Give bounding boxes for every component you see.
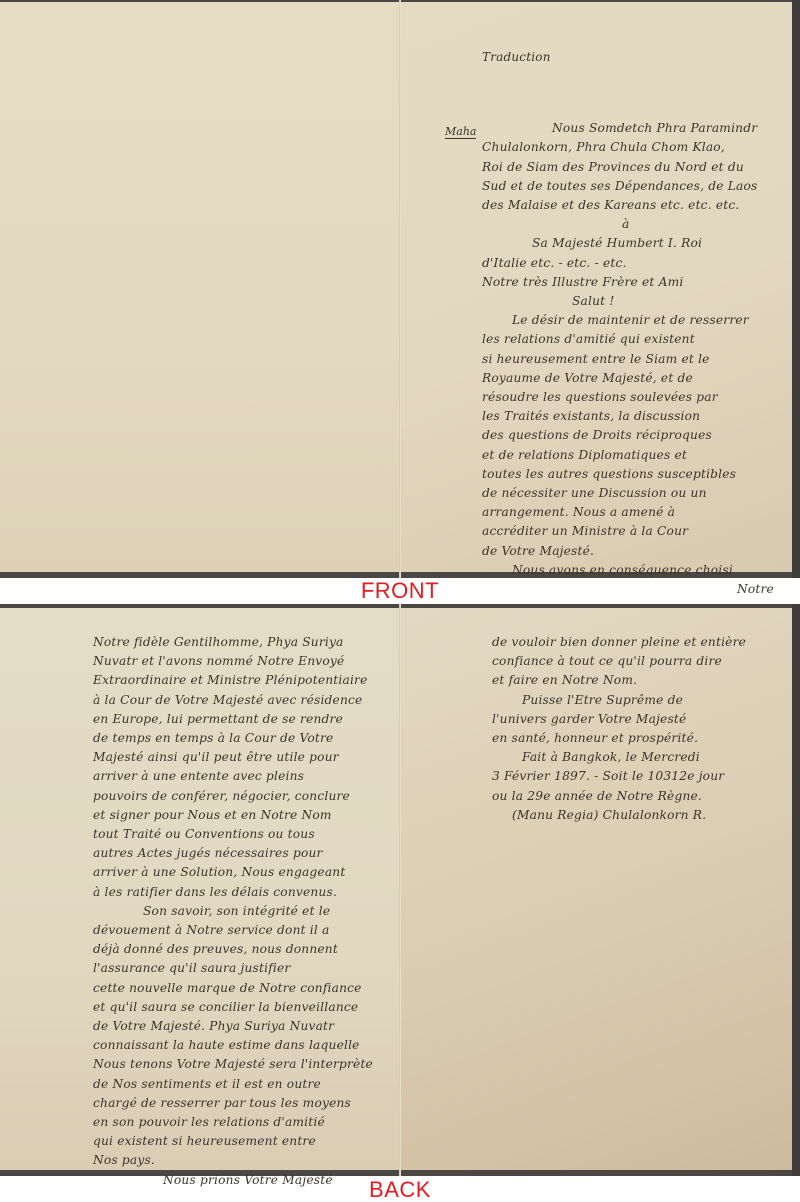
letter-line: arriver à une Solution, Nous engageant <box>93 863 393 882</box>
letter-line: de Votre Majesté. <box>482 542 792 561</box>
front-label: FRONT <box>0 579 800 603</box>
letter-line: Nous Somdetch Phra Paramindr <box>482 119 792 138</box>
letter-line: connaissant la haute estime dans laquell… <box>93 1036 393 1055</box>
letter-line: en santé, honneur et prospérité. <box>492 729 792 748</box>
letter-line: de Nos sentiments et il est en outre <box>93 1075 393 1094</box>
letter-line: accréditer un Ministre à la Cour <box>482 522 792 541</box>
letter-line: pouvoirs de conférer, négocier, conclure <box>93 787 393 806</box>
letter-line: Royaume de Votre Majesté, et de <box>482 369 792 388</box>
letter-line: chargé de resserrer par tous les moyens <box>93 1094 393 1113</box>
letter-line: de vouloir bien donner pleine et entière <box>492 633 792 652</box>
letter-line: Majesté ainsi qu'il peut être utile pour <box>93 748 393 767</box>
signature-line: (Manu Regia) Chulalonkorn R. <box>492 806 792 825</box>
letter-line: de temps en temps à la Cour de Votre <box>93 729 393 748</box>
letter-line: Nos pays. <box>93 1151 393 1170</box>
letter-line: les relations d'amitié qui existent <box>482 330 792 349</box>
letter-line: qui existent si heureusement entre <box>93 1132 393 1151</box>
letter-line: Nous tenons Votre Majesté sera l'interpr… <box>93 1055 393 1074</box>
letter-line: Nuvatr et l'avons nommé Notre Envoyé <box>93 652 393 671</box>
letter-line: Chulalonkorn, Phra Chula Chom Klao, <box>482 138 792 157</box>
page-fold <box>399 604 401 1176</box>
letter-line: et qu'il saura se concilier la bienveill… <box>93 998 393 1017</box>
letter-line: confiance à tout ce qu'il pourra dire <box>492 652 792 671</box>
front-letter-text: Traduction Nous Somdetch Phra Paramindr … <box>482 48 792 599</box>
letter-line: Sa Majesté Humbert I. Roi <box>482 234 792 253</box>
document-heading: Traduction <box>482 48 792 67</box>
photo-edge-shadow <box>792 0 800 578</box>
letter-line: tout Traité ou Conventions ou tous <box>93 825 393 844</box>
letter-line: à <box>482 215 792 234</box>
letter-line: de Votre Majesté. Phya Suriya Nuvatr <box>93 1017 393 1036</box>
letter-line: arriver à une entente avec pleins <box>93 767 393 786</box>
photo-edge-shadow <box>792 604 800 1176</box>
letter-line: et signer pour Nous et en Notre Nom <box>93 806 393 825</box>
letter-line: autres Actes jugés nécessaires pour <box>93 844 393 863</box>
letter-line: des questions de Droits réciproques <box>482 426 792 445</box>
letter-line: arrangement. Nous a amené à <box>482 503 792 522</box>
letter-line: les Traités existants, la discussion <box>482 407 792 426</box>
back-right-letter-text: de vouloir bien donner pleine et entière… <box>492 633 792 825</box>
letter-line: si heureusement entre le Siam et le <box>482 350 792 369</box>
front-left-sheet-blank <box>0 2 400 572</box>
letter-line: Fait à Bangkok, le Mercredi <box>492 748 792 767</box>
page-fold <box>399 0 401 578</box>
letter-line: l'assurance qu'il saura justifier <box>93 959 393 978</box>
letter-line: dévouement à Notre service dont il a <box>93 921 393 940</box>
back-left-letter-text: Notre fidèle Gentilhomme, Phya Suriya Nu… <box>93 633 393 1190</box>
letter-line: 3 Février 1897. - Soit le 10312e jour <box>492 767 792 786</box>
letter-line: et de relations Diplomatiques et <box>482 446 792 465</box>
letter-line: et faire en Notre Nom. <box>492 671 792 690</box>
letter-line: en son pouvoir les relations d'amitié <box>93 1113 393 1132</box>
letter-line: Notre fidèle Gentilhomme, Phya Suriya <box>93 633 393 652</box>
letter-line: en Europe, lui permettant de se rendre <box>93 710 393 729</box>
letter-line: Nous avons en conséquence choisi <box>482 561 792 580</box>
letter-line: Extraordinaire et Ministre Plénipotentia… <box>93 671 393 690</box>
letter-line: à les ratifier dans les délais convenus. <box>93 883 393 902</box>
letter-line: Sud et de toutes ses Dépendances, de Lao… <box>482 177 792 196</box>
letter-line: à la Cour de Votre Majesté avec résidenc… <box>93 691 393 710</box>
letter-line: d'Italie etc. - etc. - etc. <box>482 254 792 273</box>
letter-line: Son savoir, son intégrité et le <box>93 902 393 921</box>
letter-line: ou la 29e année de Notre Règne. <box>492 787 792 806</box>
letter-line: des Malaise et des Kareans etc. etc. etc… <box>482 196 792 215</box>
back-label: BACK <box>0 1178 800 1202</box>
margin-note: Maha <box>445 125 476 139</box>
letter-line: l'univers garder Votre Majesté <box>492 710 792 729</box>
letter-line: déjà donné des preuves, nous donnent <box>93 940 393 959</box>
letter-line: Puisse l'Etre Suprême de <box>492 691 792 710</box>
letter-line: Roi de Siam des Provinces du Nord et du <box>482 158 792 177</box>
letter-line: résoudre les questions soulevées par <box>482 388 792 407</box>
letter-line: toutes les autres questions susceptibles <box>482 465 792 484</box>
letter-line: Le désir de maintenir et de resserrer <box>482 311 792 330</box>
letter-line: Notre très Illustre Frère et Ami <box>482 273 792 292</box>
letter-line: Salut ! <box>482 292 792 311</box>
letter-line: cette nouvelle marque de Notre confiance <box>93 979 393 998</box>
letter-line: de nécessiter une Discussion ou un <box>482 484 792 503</box>
